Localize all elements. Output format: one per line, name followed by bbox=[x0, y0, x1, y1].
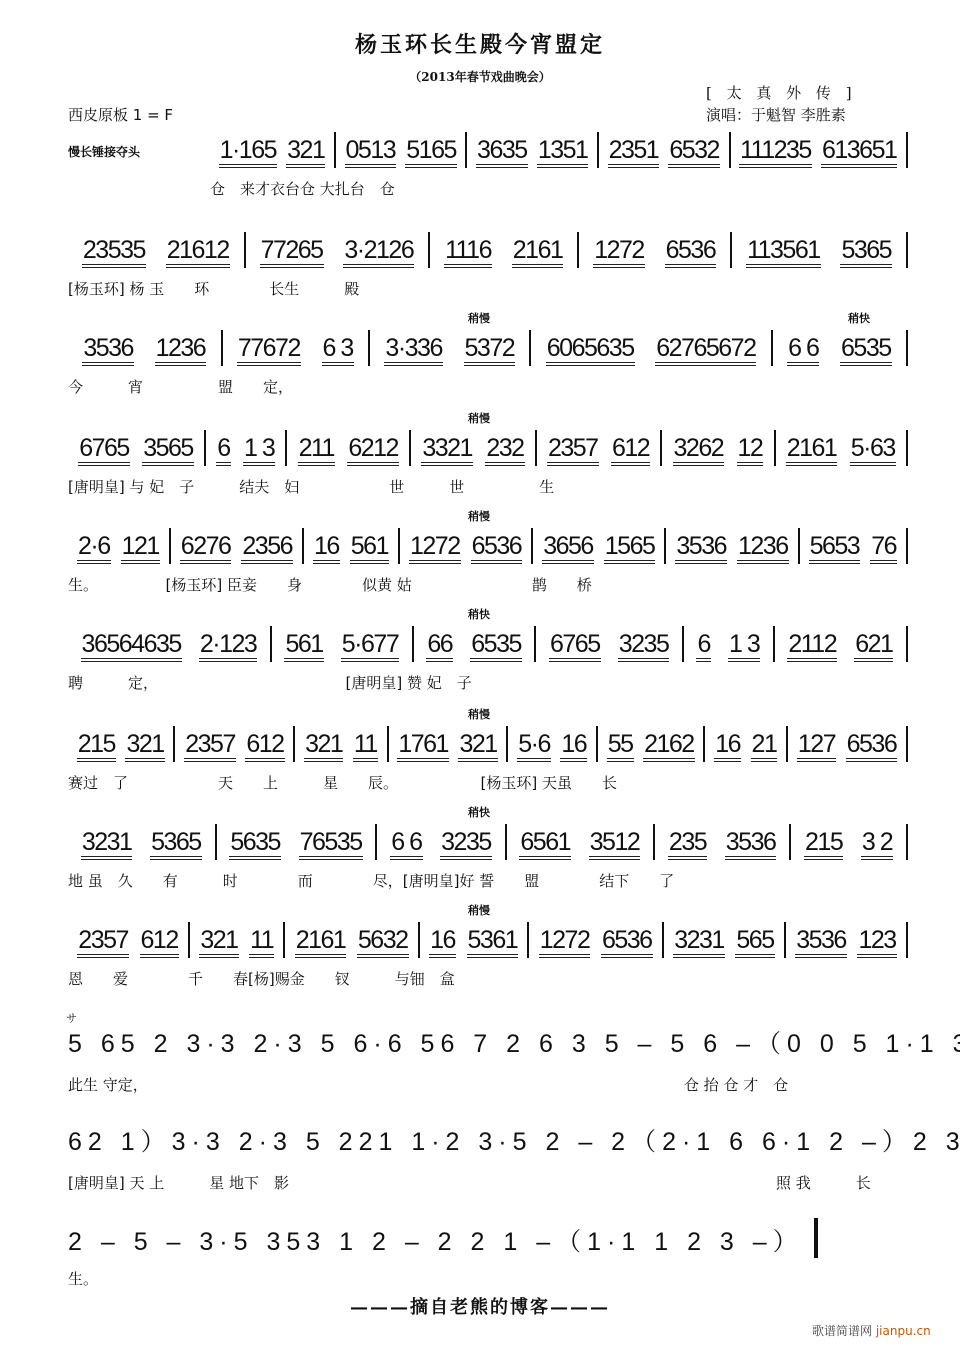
note-group: 6276 bbox=[180, 532, 232, 564]
free-meter-line: 62 1）3·3 2·3 5 221 1·2 3·5 2 – 2（2·1 6 6… bbox=[68, 1122, 960, 1158]
note-group: 123 bbox=[857, 926, 896, 958]
note-group: 6 6 bbox=[787, 334, 819, 366]
tempo-mark: 稍慢 bbox=[468, 310, 490, 326]
measure: 32111 bbox=[295, 726, 388, 762]
note-group: 5635 bbox=[229, 828, 281, 860]
note-group: 2162 bbox=[643, 730, 695, 762]
intro-percussion-label: 慢长锤接夺头 bbox=[68, 143, 140, 160]
measure: 3231565 bbox=[664, 922, 786, 958]
measure: 1276536 bbox=[788, 726, 908, 762]
note-group: 1236 bbox=[155, 334, 207, 366]
note-group: 3536 bbox=[82, 334, 134, 366]
note-group: 76535 bbox=[299, 828, 363, 860]
note-group: 6535 bbox=[470, 630, 522, 662]
note-group: 561 bbox=[284, 630, 323, 662]
note-group: 1 3 bbox=[243, 434, 275, 466]
note-group: 6536 bbox=[846, 730, 898, 762]
measure: 776726 3 bbox=[223, 330, 371, 366]
staff-line: 2353521612772653·21261116216112726536113… bbox=[68, 232, 908, 268]
lyrics-line: 地 虽 久 有 时 而 尽，[唐明皇]好 誓 盟 结下 了 bbox=[68, 870, 674, 891]
note-group: 11 bbox=[353, 730, 378, 762]
note-group: 6 bbox=[696, 630, 710, 662]
note-group: 16 bbox=[560, 730, 587, 762]
measure: 1761321 bbox=[389, 726, 509, 762]
note-group: 6 bbox=[216, 434, 230, 466]
measure: 61 3 bbox=[684, 626, 775, 662]
measure: 5·616 bbox=[508, 726, 598, 762]
note-group: 6765 bbox=[549, 630, 601, 662]
note-group: 321 bbox=[199, 926, 238, 958]
note-group: 5·63 bbox=[850, 434, 896, 466]
note-group: 1272 bbox=[409, 532, 461, 564]
measure: 2·6121 bbox=[68, 528, 171, 564]
note-group: 1351 bbox=[537, 136, 589, 168]
staff-line: 365646352·1235615·6776665356765323561 32… bbox=[68, 626, 908, 662]
note-group: 5632 bbox=[357, 926, 409, 958]
measure: 36351351 bbox=[467, 132, 599, 168]
note-group: 1272 bbox=[539, 926, 591, 958]
tempo-mark: 稍快 bbox=[848, 310, 870, 326]
note-group: 5372 bbox=[464, 334, 516, 366]
measure: 215321 bbox=[68, 726, 175, 762]
note-group: 235 bbox=[668, 828, 707, 860]
measure: 23516532 bbox=[599, 132, 731, 168]
note-group: 11 bbox=[249, 926, 274, 958]
measure: 2353536 bbox=[655, 824, 791, 860]
note-group: 1761 bbox=[397, 730, 449, 762]
note-group: 3635 bbox=[476, 136, 528, 168]
measure: 2357612 bbox=[175, 726, 295, 762]
note-group: 215 bbox=[804, 828, 843, 860]
lyrics-line: 聘 定， [唐明皇] 赞 妃 子 bbox=[68, 672, 472, 693]
score-singers: 演唱：于魁智 李胜素 bbox=[706, 104, 846, 125]
measure: 67653235 bbox=[536, 626, 683, 662]
note-group: 1272 bbox=[593, 236, 645, 268]
measure: 2116212 bbox=[287, 430, 411, 466]
watermark-site: jianpu.cn bbox=[876, 1324, 931, 1338]
note-group: 211 bbox=[298, 434, 335, 466]
note-group: 3321 bbox=[421, 434, 473, 466]
note-group: 16 bbox=[714, 730, 741, 762]
note-group: 12 bbox=[737, 434, 764, 466]
note-group: 77672 bbox=[237, 334, 301, 366]
note-group: 6536 bbox=[471, 532, 523, 564]
note-group: 36564635 bbox=[81, 630, 182, 662]
note-group: 1236 bbox=[737, 532, 789, 564]
measure: 2353521612 bbox=[68, 232, 246, 268]
lyrics-line-right: 照 我 长 bbox=[776, 1172, 871, 1193]
free-meter-line: 2 – 5 – 3·5 353 1 2 – 2 2 1 –（1·1 1 2 3 … bbox=[68, 1218, 818, 1258]
note-group: 2161 bbox=[295, 926, 347, 958]
measure: 67653565 bbox=[68, 430, 206, 466]
note-group: 612 bbox=[140, 926, 179, 958]
measure: 32111 bbox=[190, 922, 285, 958]
staff-line: 2357612321112161563216536112726536323156… bbox=[68, 922, 908, 958]
note-group: 621 bbox=[854, 630, 893, 662]
note-group: 2357 bbox=[184, 730, 236, 762]
lyrics-line: [唐明皇] 天 上 星 地下 影 bbox=[68, 1172, 289, 1193]
note-group: 6065635 bbox=[546, 334, 635, 366]
note-group: 66 bbox=[426, 630, 453, 662]
note-group: 6535 bbox=[840, 334, 892, 366]
free-notes: 5 65 2 3·3 2·3 5 6·6 56 7 2 6 3 5 – 5 6 … bbox=[68, 1030, 960, 1058]
note-group: 6212 bbox=[347, 434, 399, 466]
measure: 1·165321 bbox=[210, 132, 336, 168]
note-group: 561 bbox=[350, 532, 389, 564]
measure: 165361 bbox=[420, 922, 530, 958]
staff-line: 1·16532105135165363513512351653211123561… bbox=[210, 132, 908, 168]
note-group: 6 3 bbox=[322, 334, 354, 366]
lyrics-line: 此生 守定， bbox=[68, 1074, 148, 1095]
note-group: 6536 bbox=[665, 236, 717, 268]
measure: 35361236 bbox=[666, 528, 799, 564]
free-notes: 62 1）3·3 2·3 5 221 1·2 3·5 2 – 2（2·1 6 6… bbox=[68, 1128, 960, 1156]
measure: 1621 bbox=[705, 726, 788, 762]
note-group: 3·336 bbox=[384, 334, 442, 366]
lyrics-line: [杨玉环] 杨 玉 环 长生 殿 bbox=[68, 278, 359, 299]
note-group: 3536 bbox=[795, 926, 847, 958]
measure: 21615·63 bbox=[776, 430, 908, 466]
measure: 3321232 bbox=[411, 430, 537, 466]
watermark-cn: 歌谱简谱网 bbox=[812, 1324, 872, 1338]
lyrics-line: 生。 bbox=[68, 1268, 98, 1289]
measure: 12726536 bbox=[400, 528, 533, 564]
note-group: 5365 bbox=[840, 236, 892, 268]
measure: 36561565 bbox=[533, 528, 666, 564]
measure: 563576535 bbox=[217, 824, 378, 860]
note-group: 21612 bbox=[166, 236, 230, 268]
free-notes: 2 – 5 – 3·5 353 1 2 – 2 2 1 –（1·1 1 2 3 … bbox=[68, 1228, 804, 1256]
lyrics-line: [唐明皇] 与 妃 子 结夫 妇 世 世 生 bbox=[68, 476, 554, 497]
measure: 552162 bbox=[598, 726, 705, 762]
tempo-mark: 稍慢 bbox=[468, 508, 490, 524]
note-group: 77265 bbox=[260, 236, 324, 268]
staff-line: 35361236776726 33·3365372606563562765672… bbox=[68, 330, 908, 366]
lyrics-line-right: 仓 抬 仓 才 仓 bbox=[684, 1074, 788, 1095]
score-source: [ 太 真 外 传 ] bbox=[706, 82, 857, 103]
staff-line: 21532123576123211117613215·6165521621621… bbox=[68, 726, 908, 762]
tempo-mark: 稍慢 bbox=[468, 902, 490, 918]
measure: 2357612 bbox=[537, 430, 663, 466]
note-group: 76 bbox=[870, 532, 897, 564]
note-group: 6 6 bbox=[390, 828, 422, 860]
note-group: 3231 bbox=[81, 828, 133, 860]
note-group: 1565 bbox=[604, 532, 656, 564]
measure: 365646352·123 bbox=[68, 626, 272, 662]
note-group: 612 bbox=[611, 434, 650, 466]
staff-line: 6765356561 32116212332123223576123262122… bbox=[68, 430, 908, 466]
measure: 1135615365 bbox=[732, 232, 908, 268]
measure: 666535 bbox=[414, 626, 537, 662]
note-group: 2·123 bbox=[199, 630, 257, 662]
note-group: 16 bbox=[429, 926, 456, 958]
note-group: 3262 bbox=[673, 434, 725, 466]
measure: 2112621 bbox=[775, 626, 908, 662]
score-title: 杨玉环长生殿今宵盟定 bbox=[0, 28, 960, 59]
measure: 565376 bbox=[800, 528, 908, 564]
measure: 606563562765672 bbox=[531, 330, 772, 366]
note-group: 215 bbox=[77, 730, 116, 762]
note-group: 5165 bbox=[405, 136, 457, 168]
measure: 21615632 bbox=[285, 922, 419, 958]
note-group: 2357 bbox=[77, 926, 129, 958]
note-group: 5365 bbox=[150, 828, 202, 860]
lyrics-line: 仓 来才衣台仓 大扎台 仓 bbox=[210, 178, 395, 199]
note-group: 1·165 bbox=[219, 136, 277, 168]
note-group: 321 bbox=[125, 730, 164, 762]
note-group: 3231 bbox=[673, 926, 725, 958]
note-group: 2351 bbox=[608, 136, 660, 168]
measure: 62762356 bbox=[171, 528, 304, 564]
watermark: 歌谱简谱网 jianpu.cn bbox=[812, 1322, 931, 1339]
tempo-mark: 稍快 bbox=[468, 804, 490, 820]
note-group: 0513 bbox=[345, 136, 397, 168]
free-meter-line: 5 65 2 3·3 2·3 5 6·6 56 7 2 6 3 5 – 5 6 … bbox=[68, 1024, 960, 1060]
note-group: 2161 bbox=[786, 434, 838, 466]
note-group: 2356 bbox=[241, 532, 293, 564]
note-group: 5·6 bbox=[517, 730, 551, 762]
staff-line: 2·61216276235616561127265363656156535361… bbox=[68, 528, 908, 564]
final-barline bbox=[814, 1218, 818, 1258]
note-group: 121 bbox=[121, 532, 160, 564]
note-group: 6536 bbox=[601, 926, 653, 958]
note-group: 2112 bbox=[787, 630, 837, 662]
note-group: 3·2126 bbox=[343, 236, 414, 268]
free-meter-mark: サ bbox=[66, 1010, 77, 1026]
note-group: 5·677 bbox=[341, 630, 399, 662]
note-group: 3235 bbox=[618, 630, 670, 662]
measure: 12726536 bbox=[529, 922, 663, 958]
note-group: 3536 bbox=[675, 532, 727, 564]
lyrics-line: 生。 [杨玉环] 臣妾 身 似黄 姑 鹊 桥 bbox=[68, 574, 592, 595]
note-group: 16 bbox=[313, 532, 340, 564]
note-group: 113561 bbox=[746, 236, 821, 268]
note-group: 2·6 bbox=[77, 532, 111, 564]
note-group: 3565 bbox=[142, 434, 194, 466]
note-group: 127 bbox=[797, 730, 836, 762]
note-group: 613651 bbox=[821, 136, 897, 168]
note-group: 2357 bbox=[547, 434, 599, 466]
note-group: 21 bbox=[751, 730, 778, 762]
note-group: 3235 bbox=[440, 828, 492, 860]
note-group: 1 3 bbox=[728, 630, 760, 662]
note-group: 55 bbox=[607, 730, 634, 762]
lyrics-line: 恩 爱 千 春[杨]赐金 钗 与钿 盒 bbox=[68, 968, 455, 989]
note-group: 6561 bbox=[519, 828, 571, 860]
note-group: 111235 bbox=[739, 136, 812, 168]
measure: 6 63235 bbox=[377, 824, 506, 860]
note-group: 565 bbox=[735, 926, 774, 958]
note-group: 5361 bbox=[467, 926, 519, 958]
measure: 11162161 bbox=[430, 232, 579, 268]
tempo-mark: 稍慢 bbox=[468, 410, 490, 426]
note-group: 6532 bbox=[668, 136, 720, 168]
lyrics-line: 赛过 了 天 上 星 辰。 [杨玉环] 天虽 长 bbox=[68, 772, 617, 793]
measure: 61 3 bbox=[206, 430, 287, 466]
credit-line: ———摘自老熊的博客——— bbox=[0, 1293, 960, 1319]
note-group: 5653 bbox=[809, 532, 861, 564]
note-group: 321 bbox=[458, 730, 497, 762]
measure: 111235613651 bbox=[731, 132, 908, 168]
measure: 05135165 bbox=[336, 132, 468, 168]
measure: 6 66535 bbox=[773, 330, 908, 366]
note-group: 3 2 bbox=[861, 828, 893, 860]
note-group: 62765672 bbox=[655, 334, 756, 366]
lyrics-line: 今 宵 盟 定， bbox=[68, 376, 293, 397]
note-group: 3536 bbox=[725, 828, 777, 860]
note-group: 6765 bbox=[78, 434, 130, 466]
measure: 12726536 bbox=[579, 232, 732, 268]
measure: 65613512 bbox=[507, 824, 656, 860]
note-group: 321 bbox=[286, 136, 325, 168]
measure: 2357612 bbox=[68, 922, 190, 958]
tempo-mark: 稍慢 bbox=[468, 706, 490, 722]
note-group: 23535 bbox=[82, 236, 146, 268]
key-signature: 西皮原板 1 = F bbox=[68, 104, 173, 125]
measure: 5615·677 bbox=[272, 626, 414, 662]
measure: 326212 bbox=[662, 430, 775, 466]
measure: 772653·2126 bbox=[246, 232, 431, 268]
measure: 16561 bbox=[304, 528, 400, 564]
measure: 35361236 bbox=[68, 330, 223, 366]
note-group: 3656 bbox=[542, 532, 594, 564]
tempo-mark: 稍快 bbox=[468, 606, 490, 622]
measure: 3·3365372 bbox=[370, 330, 531, 366]
note-group: 2161 bbox=[512, 236, 564, 268]
staff-line: 323153655635765356 632356561351223535362… bbox=[68, 824, 908, 860]
note-group: 232 bbox=[485, 434, 524, 466]
measure: 3536123 bbox=[786, 922, 908, 958]
note-group: 612 bbox=[245, 730, 284, 762]
measure: 2153 2 bbox=[791, 824, 908, 860]
measure: 32315365 bbox=[68, 824, 217, 860]
note-group: 1116 bbox=[444, 236, 492, 268]
note-group: 3512 bbox=[589, 828, 641, 860]
note-group: 321 bbox=[304, 730, 343, 762]
